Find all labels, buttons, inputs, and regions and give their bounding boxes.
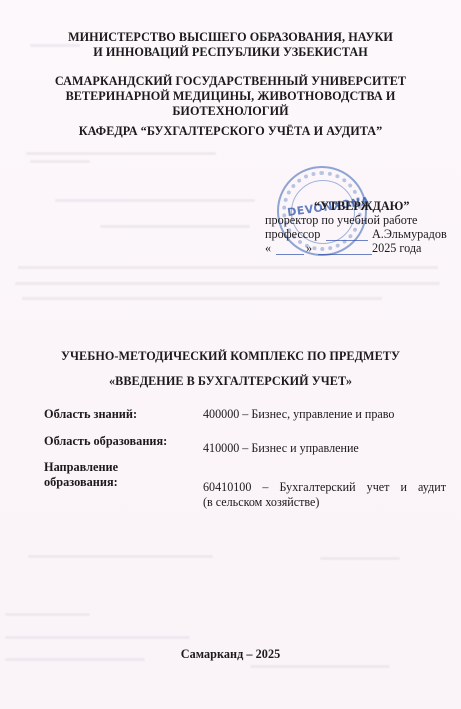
bleed-through-line xyxy=(26,152,216,155)
approval-position: проректор по учебной работе xyxy=(265,213,417,227)
signature-line xyxy=(326,240,368,241)
date-month-line xyxy=(318,254,372,255)
approver-name: А.Эльмурадов xyxy=(372,227,447,241)
bleed-through-line xyxy=(100,225,250,228)
field-value-direction-2: (в сельском хозяйстве) xyxy=(203,495,319,510)
bleed-through-line xyxy=(5,613,90,616)
complex-title: УЧЕБНО-МЕТОДИЧЕСКИЙ КОМПЛЕКС ПО ПРЕДМЕТУ xyxy=(0,349,461,363)
field-label-education-area: Область образования: xyxy=(44,434,167,449)
approval-rank: профессор xyxy=(265,227,320,241)
bleed-through-line xyxy=(28,555,213,558)
university-line-1: САМАРКАНДСКИЙ ГОСУДАРСТВЕННЫЙ УНИВЕРСИТЕ… xyxy=(0,74,461,88)
university-line-2: ВЕТЕРИНАРНОЙ МЕДИЦИНЫ, ЖИВОТНОВОДСТВА И xyxy=(0,89,461,103)
field-value-knowledge-area: 400000 – Бизнес, управление и право xyxy=(203,407,394,422)
bleed-through-line xyxy=(22,297,382,300)
subject-title: «ВВЕДЕНИЕ В БУХГАЛТЕРСКИЙ УЧЕТ» xyxy=(0,374,461,388)
bleed-through-line xyxy=(15,282,440,285)
field-label-knowledge-area: Область знаний: xyxy=(44,407,137,422)
bleed-through-line xyxy=(5,636,190,639)
field-value-direction-1: 60410100 – Бухгалтерский учет и аудит xyxy=(203,480,446,495)
field-label-direction-2: образования: xyxy=(44,475,118,490)
ministry-line-2: И ИННОВАЦИЙ РЕСПУБЛИКИ УЗБЕКИСТАН xyxy=(0,45,461,59)
university-line-3: БИОТЕХНОЛОГИЙ xyxy=(0,104,461,118)
ministry-line-1: МИНИСТЕРСТВО ВЫСШЕГО ОБРАЗОВАНИЯ, НАУКИ xyxy=(0,30,461,44)
bleed-through-line xyxy=(250,665,390,668)
approval-year: 2025 года xyxy=(372,241,421,255)
date-open-quote: « xyxy=(265,241,271,255)
bleed-through-line xyxy=(55,199,255,202)
date-close-quote: » xyxy=(306,241,312,255)
bleed-through-line xyxy=(18,266,438,269)
approval-title: “УТВЕРЖДАЮ” xyxy=(314,199,410,213)
department-name: КАФЕДРА “БУХГАЛТЕРСКОГО УЧЁТА И АУДИТА” xyxy=(0,124,461,138)
field-value-education-area: 410000 – Бизнес и управление xyxy=(203,441,359,456)
bleed-through-line xyxy=(30,160,90,163)
field-label-direction-1: Направление xyxy=(44,460,118,475)
bleed-through-line xyxy=(320,557,400,560)
city-year: Самарканд – 2025 xyxy=(0,647,461,661)
date-day-line xyxy=(276,254,304,255)
